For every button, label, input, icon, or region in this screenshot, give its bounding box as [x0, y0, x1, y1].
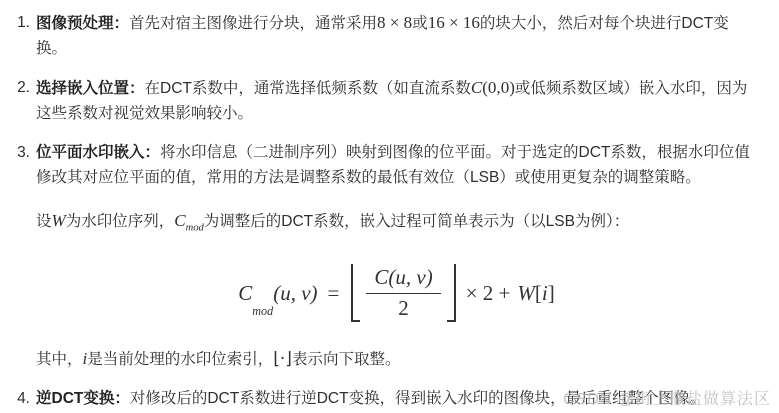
inline-math-8x8: 8 × 8 — [377, 13, 412, 32]
list-item-1: 1. 图像预处理：首先对宿主图像进行分块，通常采用8 × 8或16 × 16的块… — [14, 10, 757, 61]
item3-note-paragraph: 其中，i是当前处理的水印位索引，⌊·⌋表示向下取整。 — [36, 346, 757, 372]
fraction-numerator: C(u, v) — [366, 265, 440, 294]
item3-paragraph: 位平面水印嵌入：将水印信息（二进制序列）映射到图像的位平面。对于选定的DCT系数… — [36, 140, 757, 190]
item1-marker: 1. — [14, 10, 30, 61]
formula-symbol-w: W — [517, 281, 535, 306]
inline-math-cmod: Cmod — [174, 211, 204, 230]
inline-math-16x16: 16 × 16 — [428, 13, 480, 32]
text-run: 为水印位序列， — [66, 213, 175, 230]
item1-content: 图像预处理：首先对宿主图像进行分块，通常采用8 × 8或16 × 16的块大小，… — [36, 10, 757, 61]
item3-content: 位平面水印嵌入：将水印信息（二进制序列）映射到图像的位平面。对于选定的DCT系数… — [36, 140, 757, 372]
item3-marker: 3. — [14, 140, 30, 372]
math-args: (0,0) — [482, 78, 515, 97]
formula-lhs-symbol: C — [238, 281, 252, 306]
document-root: 1. 图像预处理：首先对宿主图像进行分块，通常采用8 × 8或16 × 16的块… — [0, 0, 779, 411]
item2-paragraph: 选择嵌入位置：在DCT系数中，通常选择低频系数（如直流系数C(0,0)或低频系数… — [36, 75, 757, 126]
item2-label: 选择嵌入位置： — [36, 80, 145, 97]
item4-content: 逆DCT变换：对修改后的DCT系数进行逆DCT变换，得到嵌入水印的图像块，最后重… — [36, 386, 757, 411]
item4-marker: 4. — [14, 386, 30, 411]
fraction-denominator: 2 — [398, 294, 409, 321]
text-run: 或 — [412, 15, 428, 32]
item3-label: 位平面水印嵌入： — [36, 144, 160, 161]
list-item-3: 3. 位平面水印嵌入：将水印信息（二进制序列）映射到图像的位平面。对于选定的DC… — [14, 140, 757, 372]
item3-setup-paragraph: 设W为水印位序列，Cmod为调整后的DCT系数，嵌入过程可简单表示为（以LSB为… — [36, 208, 757, 240]
formula-operator: × 2 + — [466, 281, 511, 306]
math-subscript-mod: mod — [186, 222, 204, 233]
floor-left-bracket — [351, 264, 360, 322]
text-run: 首先对宿主图像进行分块，通常采用 — [129, 15, 377, 32]
text-run: 在DCT系数中，通常选择低频系数（如直流系数 — [145, 80, 471, 97]
list-item-2: 2. 选择嵌入位置：在DCT系数中，通常选择低频系数（如直流系数C(0,0)或低… — [14, 75, 757, 126]
inline-math-c00: C(0,0) — [471, 78, 515, 97]
floor-right-bracket — [447, 264, 456, 322]
floor-operator-glyph: ⌊·⌋ — [273, 349, 292, 369]
formula-bracket-open: [ — [535, 281, 542, 306]
formula-lhs-args: (u, v) — [273, 281, 317, 306]
text-run: 表示向下取整。 — [292, 351, 401, 368]
lsb-embedding-formula: Cmod(u, v) = C(u, v) 2 × 2 +W[i] — [238, 264, 555, 322]
item1-paragraph: 图像预处理：首先对宿主图像进行分块，通常采用8 × 8或16 × 16的块大小，… — [36, 10, 757, 61]
item2-content: 选择嵌入位置：在DCT系数中，通常选择低频系数（如直流系数C(0,0)或低频系数… — [36, 75, 757, 126]
formula-lhs-subscript: mod — [252, 299, 273, 324]
item1-label: 图像预处理： — [36, 15, 129, 32]
math-symbol-c: C — [174, 211, 185, 230]
item2-marker: 2. — [14, 75, 30, 126]
formula-block: Cmod(u, v) = C(u, v) 2 × 2 +W[i] — [36, 264, 757, 322]
text-run: 设 — [36, 213, 52, 230]
text-run: 对修改后的DCT系数进行逆DCT变换，得到嵌入水印的图像块，最后重组整个图像。 — [130, 390, 705, 407]
fraction: C(u, v) 2 — [366, 265, 440, 321]
math-symbol-c: C — [471, 78, 482, 97]
text-run: 其中， — [36, 351, 83, 368]
formula-bracket-close: ] — [548, 281, 555, 306]
text-run: 为调整后的DCT系数，嵌入过程可简单表示为（以LSB为例）： — [204, 213, 629, 230]
list-item-4: 4. 逆DCT变换：对修改后的DCT系数进行逆DCT变换，得到嵌入水印的图像块，… — [14, 386, 757, 411]
math-symbol-w: W — [52, 211, 66, 230]
equals-sign: = — [328, 281, 340, 306]
item4-paragraph: 逆DCT变换：对修改后的DCT系数进行逆DCT变换，得到嵌入水印的图像块，最后重… — [36, 386, 757, 411]
text-run: 是当前处理的水印位索引， — [87, 351, 273, 368]
item4-label: 逆DCT变换： — [36, 390, 130, 407]
